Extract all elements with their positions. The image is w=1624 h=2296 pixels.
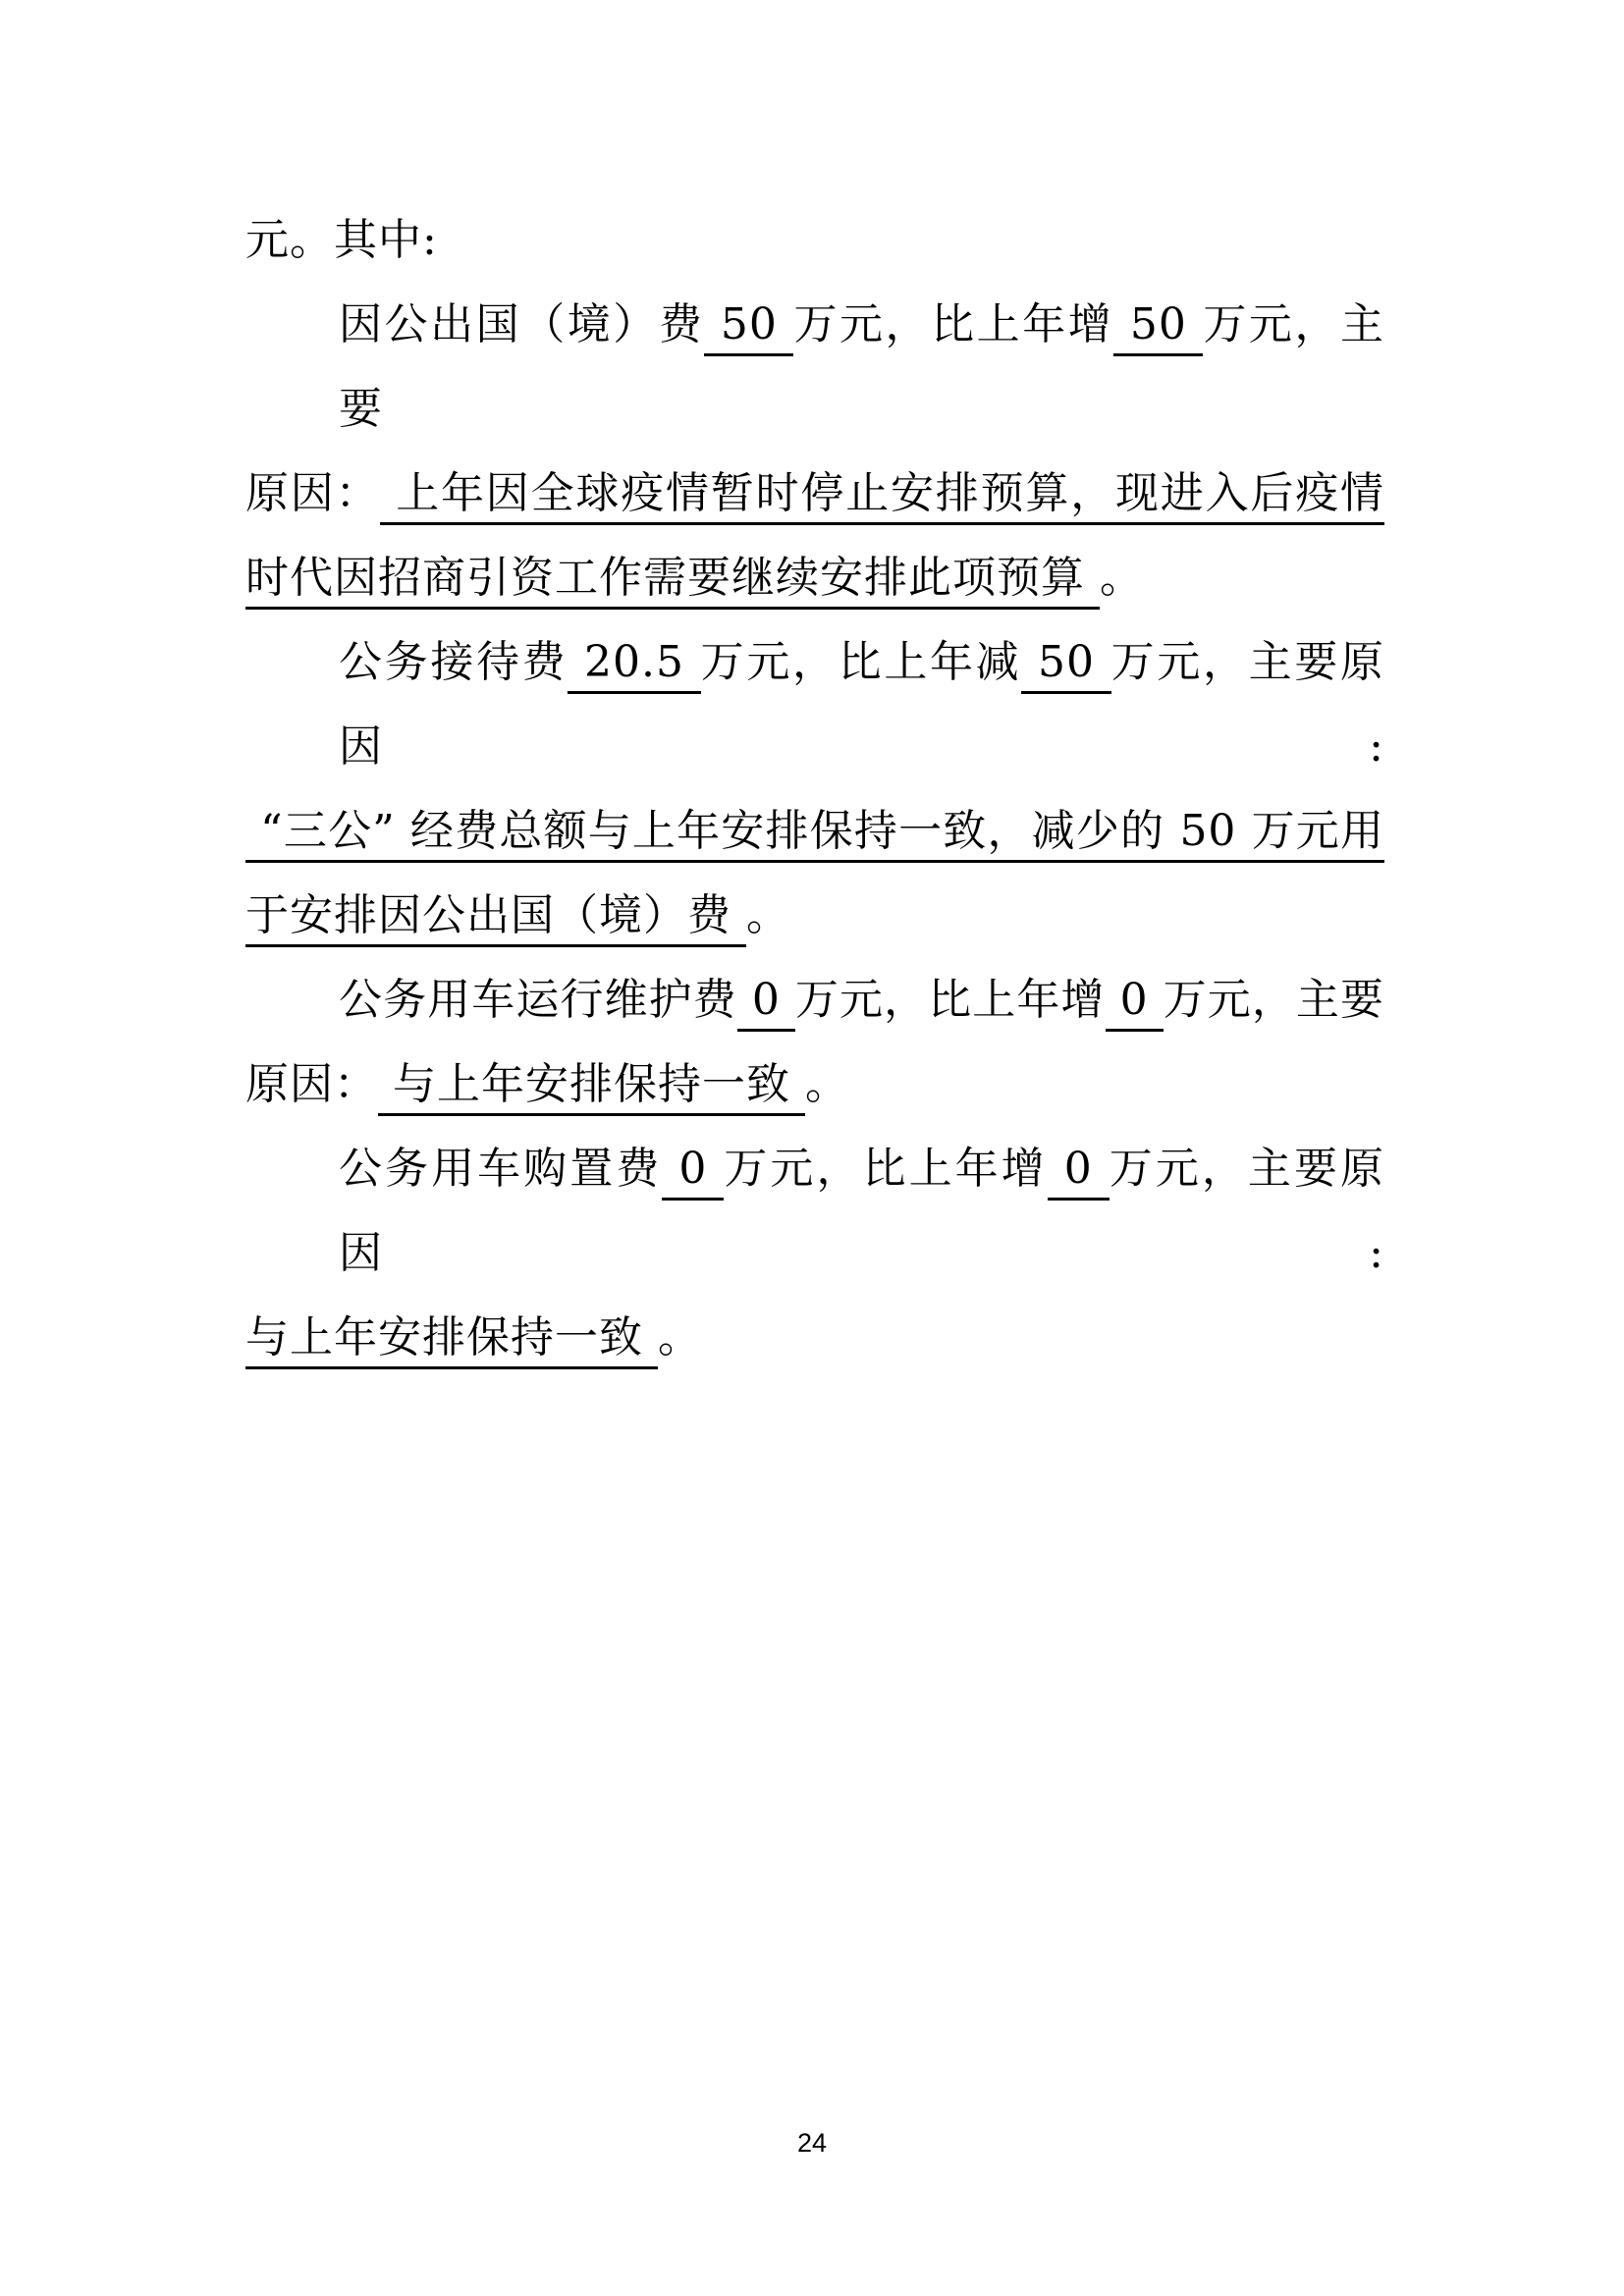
underlined-fill-in-value: 0 [1106,975,1164,1032]
underlined-fill-in-value: 0 [737,975,795,1032]
text-line: 与上年安排保持一致 。 [245,1296,1384,1380]
text-line: 于安排因公出国（境）费 。 [245,874,1384,958]
text-line: 公务用车购置费 0 万元，比上年增 0 万元，主要原因: [245,1127,1384,1296]
text-line: 原因： 上年因全球疫情暂时停止安排预算，现进入后疫情 [245,452,1384,536]
text-segment: 原因： [245,468,380,518]
text-segment: 。 [805,1059,849,1109]
page-number: 24 [797,2128,827,2158]
text-segment: 万元，比上年增 [795,975,1106,1025]
text-segment: 万元，比上年增 [724,1144,1047,1194]
text-line: 时代因招商引资工作需要继续安排此项预算 。 [245,536,1384,620]
underlined-fill-in-value: “三公” 经费总额与上年安排保持一致，减少的 50 万元用 [245,806,1384,863]
text-segment: 公务用车购置费 [339,1144,662,1194]
underlined-fill-in-value: 20.5 [568,637,700,694]
text-segment: 万元，主要 [1164,975,1384,1025]
text-segment: 公务用车运行维护费 [339,975,737,1025]
text-segment: 因公出国（境）费 [339,299,704,349]
underlined-fill-in-value: 时代因招商引资工作需要继续安排此项预算 [245,553,1100,610]
text-segment: 原因： [245,1059,378,1109]
text-segment: 。 [1100,553,1144,603]
text-line: 公务接待费 20.5 万元，比上年减 50 万元，主要原因: [245,620,1384,789]
text-segment: 公务接待费 [339,637,568,687]
underlined-fill-in-value: 上年因全球疫情暂时停止安排预算，现进入后疫情 [380,468,1384,525]
text-line: 原因： 与上年安排保持一致 。 [245,1042,1384,1127]
text-line: 元。其中: [245,198,1384,283]
text-segment: 万元，比上年增 [793,299,1113,349]
text-line: 公务用车运行维护费 0 万元，比上年增 0 万元，主要 [245,958,1384,1042]
page-footer: 24 [0,2128,1624,2159]
underlined-fill-in-value: 于安排因公出国（境）费 [245,890,746,947]
underlined-fill-in-value: 50 [1113,299,1203,356]
text-segment: 。 [746,890,790,940]
underlined-fill-in-value: 与上年安排保持一致 [245,1312,658,1369]
document-page: 元。其中:因公出国（境）费 50 万元，比上年增 50 万元，主要原因： 上年因… [0,0,1624,2296]
text-segment: 元。其中: [245,215,438,265]
text-segment: 万元，比上年减 [701,637,1022,687]
underlined-fill-in-value: 50 [704,299,793,356]
underlined-fill-in-value: 与上年安排保持一致 [378,1059,805,1116]
underlined-fill-in-value: 0 [1048,1144,1110,1201]
document-body: 元。其中:因公出国（境）费 50 万元，比上年增 50 万元，主要原因： 上年因… [245,198,1384,1380]
text-line: 因公出国（境）费 50 万元，比上年增 50 万元，主要 [245,283,1384,452]
underlined-fill-in-value: 0 [662,1144,724,1201]
underlined-fill-in-value: 50 [1021,637,1110,694]
text-line: “三公” 经费总额与上年安排保持一致，减少的 50 万元用 [245,789,1384,874]
text-segment: 。 [658,1312,702,1362]
